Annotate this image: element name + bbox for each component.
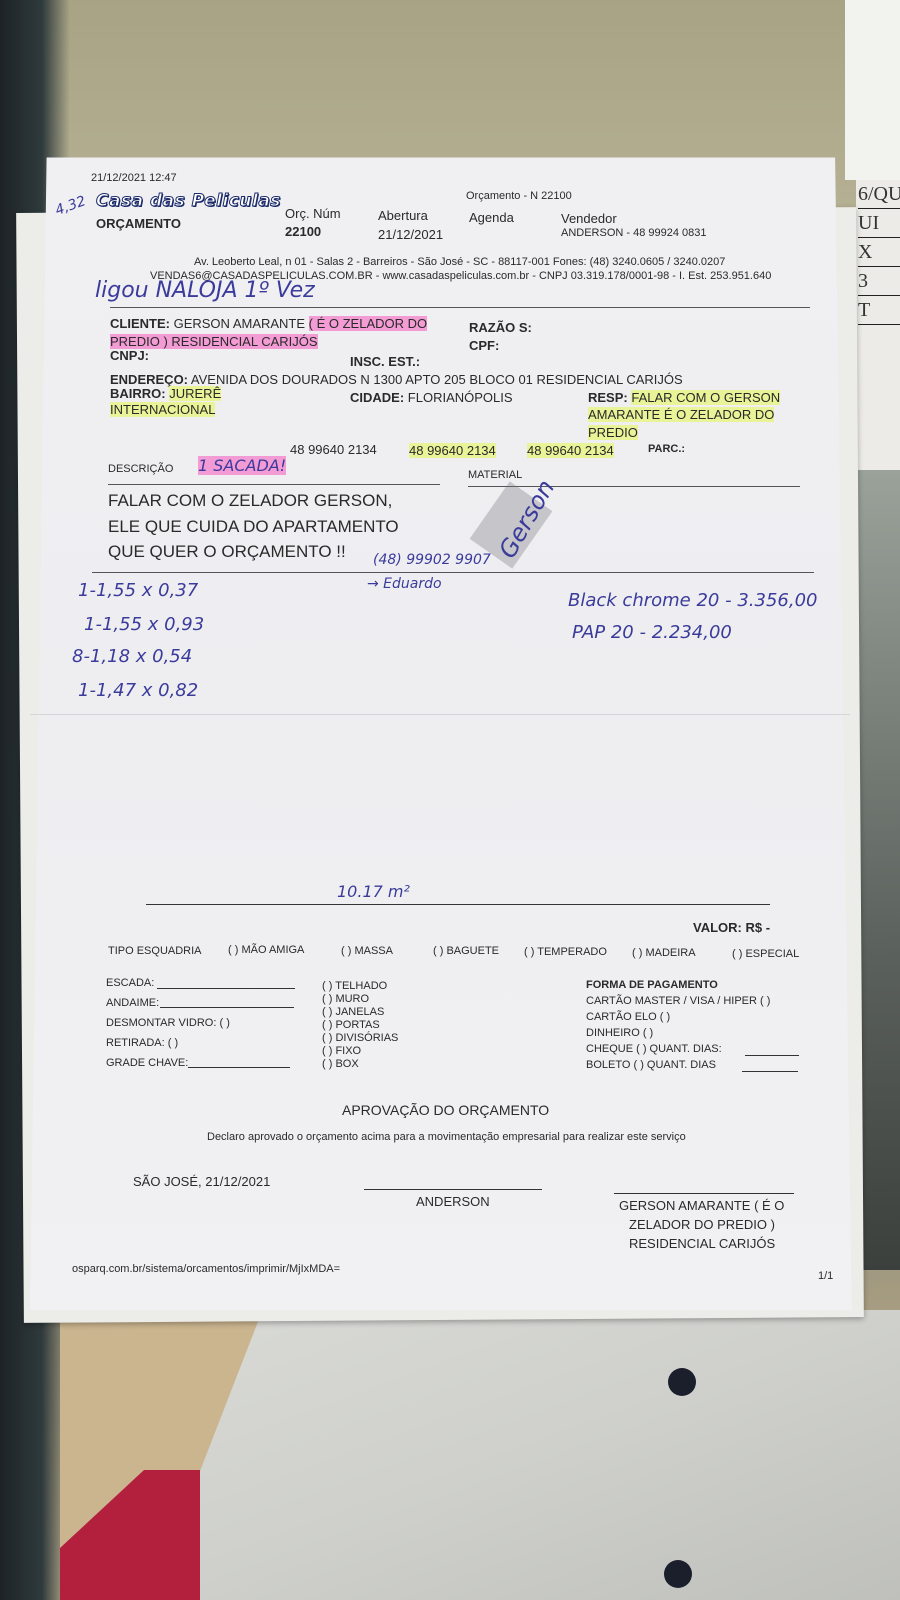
divider: [146, 904, 770, 905]
company-address: Av. Leoberto Leal, n 01 - Salas 2 - Barr…: [194, 256, 725, 268]
orc-num-value: 22100: [285, 224, 321, 239]
measurement: 8-1,18 x 0,54: [72, 646, 192, 667]
resp-field: RESP: FALAR COM O GERSON: [588, 390, 780, 405]
abertura-value: 21/12/2021: [378, 227, 443, 242]
background-shirt: [150, 1310, 900, 1600]
agenda-label: Agenda: [469, 210, 514, 225]
payment-option[interactable]: CARTÃO ELO ( ): [586, 1011, 670, 1023]
description-line: FALAR COM O ZELADOR GERSON,: [108, 491, 392, 511]
local-option[interactable]: ( ) TELHADO: [322, 980, 387, 992]
seller-name: ANDERSON: [416, 1194, 490, 1209]
grade-chave-line[interactable]: [188, 1067, 290, 1068]
payment-option[interactable]: DINHEIRO ( ): [586, 1027, 653, 1039]
handwritten-phone: (48) 99902 9907: [373, 552, 491, 568]
shirt-button: [668, 1368, 696, 1396]
client-name: ZELADOR DO PREDIO ): [629, 1217, 775, 1232]
bairro-field-cont: INTERNACIONAL: [110, 402, 215, 417]
divider: [110, 307, 810, 308]
tipo-option[interactable]: ( ) MASSA: [341, 945, 393, 957]
endereco-field: ENDEREÇO: AVENIDA DOS DOURADOS N 1300 AP…: [110, 372, 683, 387]
local-option[interactable]: ( ) JANELAS: [322, 1006, 384, 1018]
andaime-field: ANDAIME:: [106, 997, 159, 1009]
shirt-button: [664, 1560, 692, 1588]
divider: [92, 572, 814, 573]
handwritten-contact: → Eduardo: [367, 576, 442, 592]
background-side-sheet: 6/QUA UI X 3 T: [856, 180, 900, 470]
vendedor-label: Vendedor: [561, 211, 617, 226]
price-note: PAP 20 - 2.234,00: [572, 622, 732, 643]
tipo-option[interactable]: ( ) TEMPERADO: [524, 946, 607, 958]
tipo-option[interactable]: ( ) ESPECIAL: [732, 948, 799, 960]
company-logo: Casa das Peliculas: [96, 191, 281, 211]
escada-line[interactable]: [157, 988, 295, 989]
cpf-label: CPF:: [469, 338, 499, 353]
resp-field-cont: PREDIO: [588, 425, 638, 440]
abertura-label: Abertura: [378, 208, 428, 223]
total-area: 10.17 m²: [337, 882, 410, 901]
tipo-esquadria-label: TIPO ESQUADRIA: [108, 945, 202, 957]
cidade-field: CIDADE: FLORIANÓPOLIS: [350, 390, 513, 405]
cnpj-label: CNPJ:: [110, 348, 149, 363]
cliente-field: CLIENTE: GERSON AMARANTE ( É O ZELADOR D…: [110, 316, 427, 331]
valor-label: VALOR: R$ -: [693, 920, 770, 935]
payment-option[interactable]: CARTÃO MASTER / VISA / HIPER ( ): [586, 995, 770, 1007]
retirada-field[interactable]: RETIRADA: ( ): [106, 1037, 178, 1049]
grade-chave-field: GRADE CHAVE:: [106, 1057, 188, 1069]
descricao-handwritten: 1 SACADA!: [198, 456, 286, 475]
escada-field: ESCADA:: [106, 977, 154, 989]
background-paper: [845, 0, 900, 180]
divider: [108, 484, 440, 485]
bairro-field: BAIRRO: JURERÊ: [110, 386, 221, 401]
local-option[interactable]: ( ) MURO: [322, 993, 369, 1005]
approval-declaration: Declaro aprovado o orçamento acima para …: [207, 1131, 686, 1143]
approval-title: APROVAÇÃO DO ORÇAMENTO: [342, 1102, 549, 1118]
client-signature-line[interactable]: [614, 1193, 794, 1194]
razao-label: RAZÃO S:: [469, 320, 532, 335]
tipo-option[interactable]: ( ) BAGUETE: [433, 945, 499, 957]
desmontar-field[interactable]: DESMONTAR VIDRO: ( ): [106, 1017, 230, 1029]
tipo-option[interactable]: ( ) MADEIRA: [632, 947, 696, 959]
cheque-days-line[interactable]: [745, 1055, 799, 1056]
description-line: ELE QUE CUIDA DO APARTAMENTO: [108, 517, 399, 537]
doc-type: ORÇAMENTO: [96, 216, 181, 231]
phone-3: 48 99640 2134: [527, 443, 614, 458]
page-number: 1/1: [818, 1270, 833, 1282]
seller-signature-line[interactable]: [364, 1189, 542, 1190]
quote-ref: Orçamento - N 22100: [466, 190, 572, 202]
andaime-line[interactable]: [160, 1007, 294, 1008]
handwritten-note: ligou NALOJA 1º Vez: [95, 278, 315, 303]
boleto-days-line[interactable]: [742, 1071, 798, 1072]
client-name: RESIDENCIAL CARIJÓS: [629, 1236, 775, 1251]
parc-label: PARC.:: [648, 443, 685, 455]
measurement: 1-1,47 x 0,82: [78, 680, 198, 701]
print-datetime: 21/12/2021 12:47: [91, 172, 177, 184]
resp-field-cont: AMARANTE É O ZELADOR DO: [588, 407, 774, 422]
measurement: 1-1,55 x 0,93: [84, 614, 204, 635]
phone-2: 48 99640 2134: [409, 443, 496, 458]
phone-1: 48 99640 2134: [290, 442, 377, 457]
local-option[interactable]: ( ) PORTAS: [322, 1019, 380, 1031]
material-label: MATERIAL: [468, 469, 522, 481]
cliente-field-cont: PREDIO ) RESIDENCIAL CARIJÓS: [110, 334, 318, 349]
place-date: SÃO JOSÉ, 21/12/2021: [133, 1174, 270, 1189]
insc-label: INSC. EST.:: [350, 354, 420, 369]
local-option[interactable]: ( ) FIXO: [322, 1045, 361, 1057]
price-note: Black chrome 20 - 3.356,00: [568, 590, 817, 611]
measurement: 1-1,55 x 0,37: [78, 580, 198, 601]
orc-num-label: Orç. Núm: [285, 206, 341, 221]
local-option[interactable]: ( ) BOX: [322, 1058, 359, 1070]
description-line: QUE QUER O ORÇAMENTO !!: [108, 542, 346, 562]
paper-fold: [30, 714, 850, 715]
footer-url: osparq.com.br/sistema/orcamentos/imprimi…: [72, 1263, 340, 1275]
local-option[interactable]: ( ) DIVISÓRIAS: [322, 1032, 398, 1044]
vendedor-value: ANDERSON - 48 99924 0831: [561, 227, 707, 239]
payment-option[interactable]: BOLETO ( ) QUANT. DIAS: [586, 1059, 716, 1071]
descricao-label: DESCRIÇÃO: [108, 463, 173, 475]
payment-option[interactable]: CHEQUE ( ) QUANT. DIAS:: [586, 1043, 722, 1055]
tipo-option[interactable]: ( ) MÃO AMIGA: [228, 944, 304, 956]
client-name: GERSON AMARANTE ( É O: [619, 1198, 784, 1213]
payment-title: FORMA DE PAGAMENTO: [586, 979, 718, 991]
